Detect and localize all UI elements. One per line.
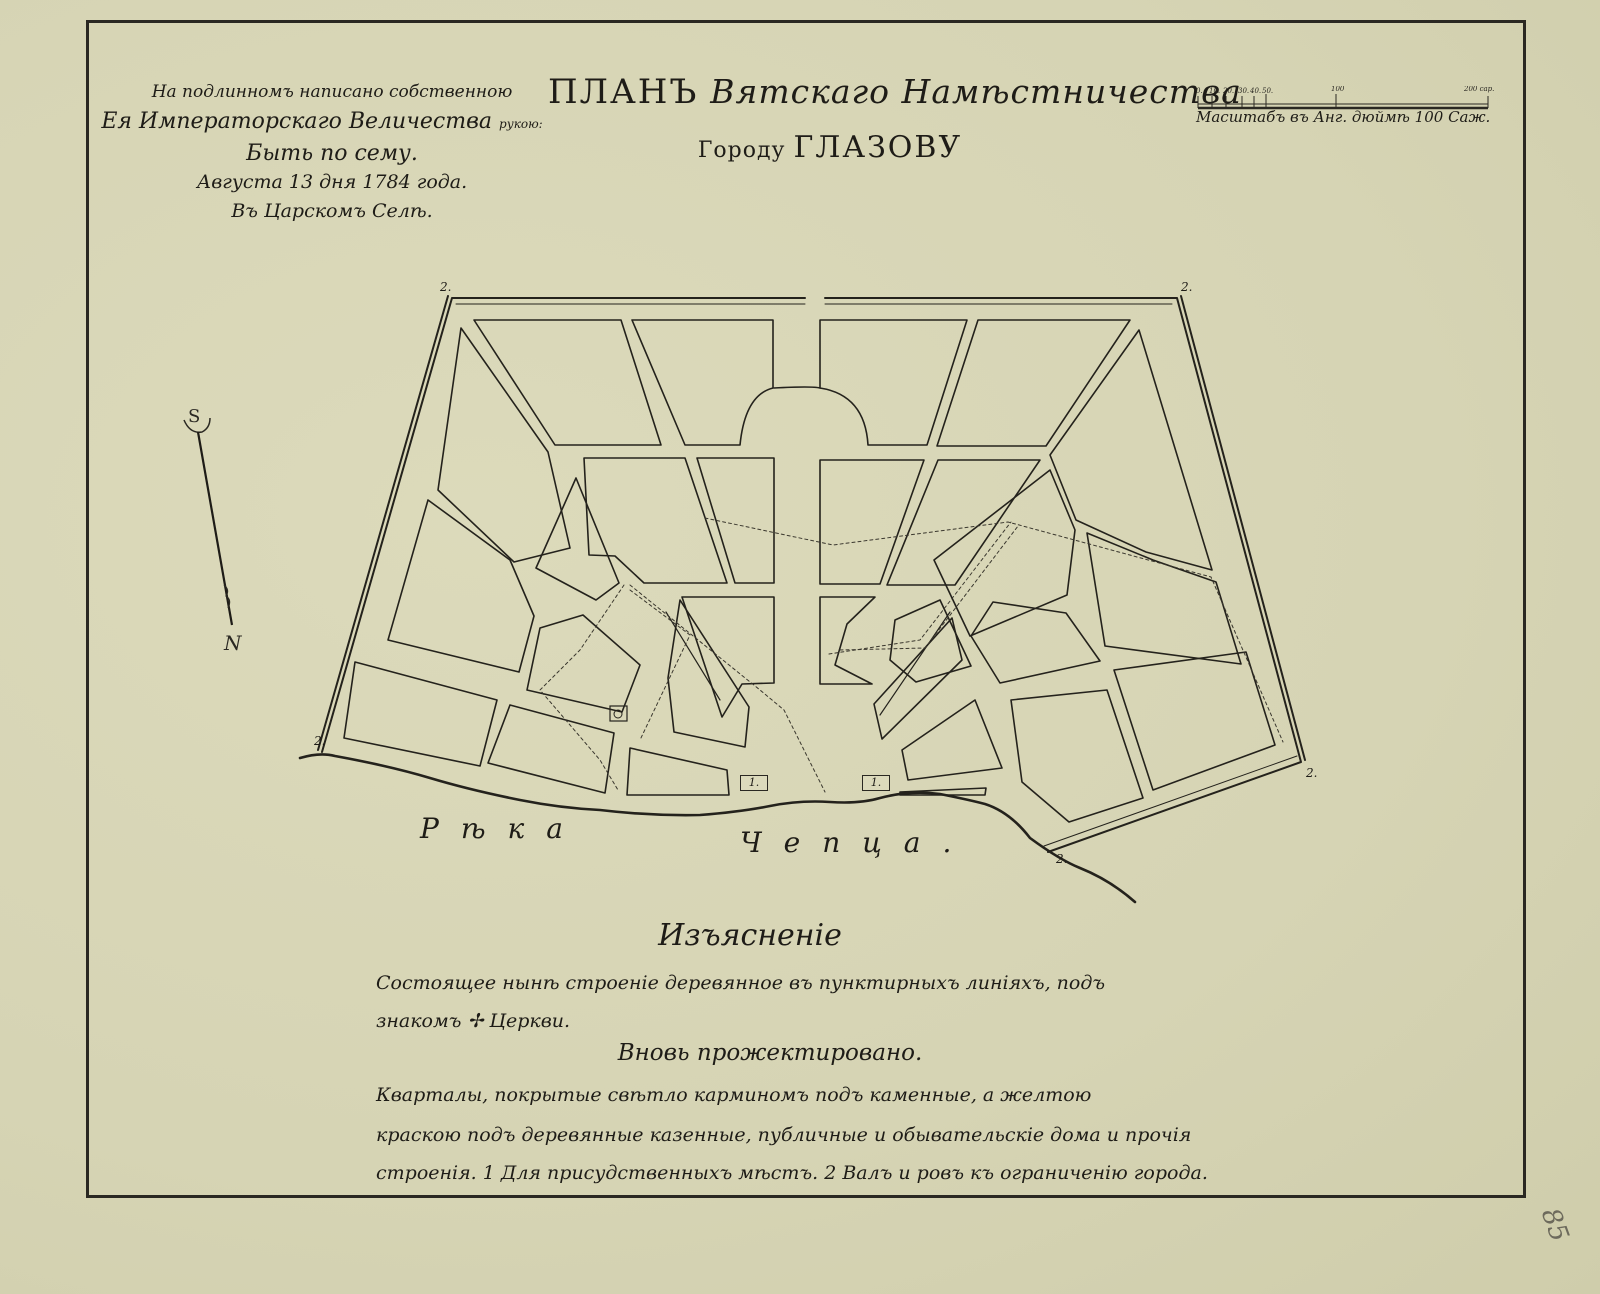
rampart-marker-s: 2.: [1056, 852, 1067, 866]
legend-existing-line-1: Состоящее нынѣ строеніе деревянное въ пу…: [376, 972, 1106, 994]
government-building-marker-2: 1.: [862, 775, 890, 791]
approval-place: Въ Царскомъ Селѣ.: [92, 197, 572, 226]
document-sheet: На подлинномъ написано собственною Ея Им…: [0, 0, 1600, 1294]
government-building-marker-1: 1.: [740, 775, 768, 791]
legend-projected-line-1: Кварталы, покрытые свѣтло карминомъ подъ…: [376, 1084, 1106, 1106]
scale-tick-10: 10.: [1209, 87, 1220, 95]
scale-tick-20: 20.: [1222, 87, 1234, 95]
legend-projected-line-2: краскою подъ деревянные казенные, публич…: [376, 1124, 1106, 1146]
scale-tick-50: 50.: [1262, 87, 1273, 95]
approval-date: Августа 13 дня 1784 года.: [92, 168, 572, 197]
rampart-marker-se: 2.: [1306, 766, 1317, 780]
approval-line-1: На подлинномъ написано собственною: [92, 78, 572, 107]
map-title: ПЛАНЪ Вятскаго Намѣстничества: [548, 72, 1108, 112]
subtitle-small: Городу: [698, 138, 786, 163]
legend-projected-line-3: строенія. 1 Для присудственныхъ мѣстъ. 2…: [376, 1162, 1106, 1184]
rampart-marker-ne: 2.: [1181, 280, 1192, 294]
river-label-cheptsa: Чепца.: [740, 826, 973, 859]
imperial-approval-note: На подлинномъ написано собственною Ея Им…: [92, 78, 572, 226]
legend-projected-heading: Вновь прожектировано.: [570, 1040, 970, 1066]
compass-north-letter: N: [223, 631, 243, 655]
legend-title: Изъясненіе: [650, 918, 850, 953]
scale-tick-30: 30.: [1238, 87, 1249, 95]
rampart-marker-sw: 2.: [314, 734, 325, 748]
scale-tick-100: 100: [1331, 86, 1345, 93]
rampart-marker-nw: 2.: [440, 280, 451, 294]
scale-tick-200: 200 сар.: [1463, 86, 1494, 93]
title-caps: ПЛАНЪ: [548, 72, 698, 112]
legend-existing-line-2: знакомъ ✢ Церкви.: [376, 1010, 1106, 1032]
margin-pencil-note: 85: [1535, 1204, 1575, 1245]
title-cursive: Вятскаго Намѣстничества: [710, 72, 1242, 111]
river-label-reka: Рѣка: [420, 812, 585, 845]
map-subtitle: Городу ГЛАЗОВУ: [660, 130, 1000, 165]
scale-tick-40: 40.: [1249, 87, 1261, 95]
subtitle-city: ГЛАЗОВУ: [794, 130, 963, 165]
approval-line-3: Быть по сему.: [92, 139, 572, 168]
compass-needle-icon: S N: [180, 400, 250, 660]
compass-south-letter: S: [188, 406, 200, 427]
scale-tick-0: 0.: [1196, 87, 1203, 95]
approval-line-2: Ея Императорскаго Величества рукою:: [72, 107, 572, 139]
scale-label: Масштабъ въ Анг. дюймѣ 100 Саж.: [1196, 108, 1506, 126]
